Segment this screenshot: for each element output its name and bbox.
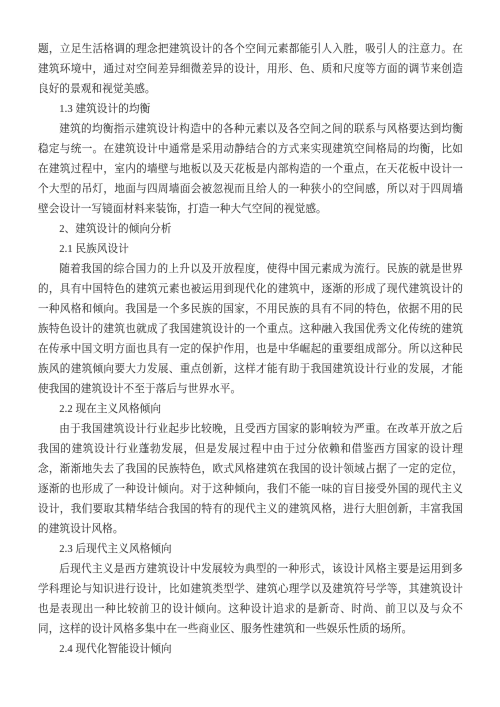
heading-2-2: 2.2 现在主义风格倾向 [38,400,463,420]
heading-2-3: 2.3 后现代主义风格倾向 [38,540,463,560]
paragraph-2-1: 随着我国的综合国力的上升以及开放程度，使得中国元素成为流行。民族的就是世界的，具… [38,260,463,400]
heading-2-4: 2.4 现代化智能设计倾向 [38,640,463,660]
heading-2: 2、建筑设计的倾向分析 [38,220,463,240]
paragraph-continuation: 题，立足生活格调的理念把建筑设计的各个空间元素都能引人入胜，吸引人的注意力。在建… [38,40,463,100]
paragraph-1-3: 建筑的均衡指示建筑设计构造中的各种元素以及各空间之间的联系与风格要达到均衡稳定与… [38,120,463,220]
paragraph-2-2: 由于我国建筑设计行业起步比较晚，且受西方国家的影响较为严重。在改革开放之后我国的… [38,420,463,540]
heading-1-3: 1.3 建筑设计的均衡 [38,100,463,120]
document-page: 题，立足生活格调的理念把建筑设计的各个空间元素都能引人入胜，吸引人的注意力。在建… [0,0,500,707]
heading-2-1: 2.1 民族风设计 [38,240,463,260]
paragraph-2-3: 后现代主义是西方建筑设计中发展较为典型的一种形式，该设计风格主要是运用到多学科理… [38,560,463,640]
